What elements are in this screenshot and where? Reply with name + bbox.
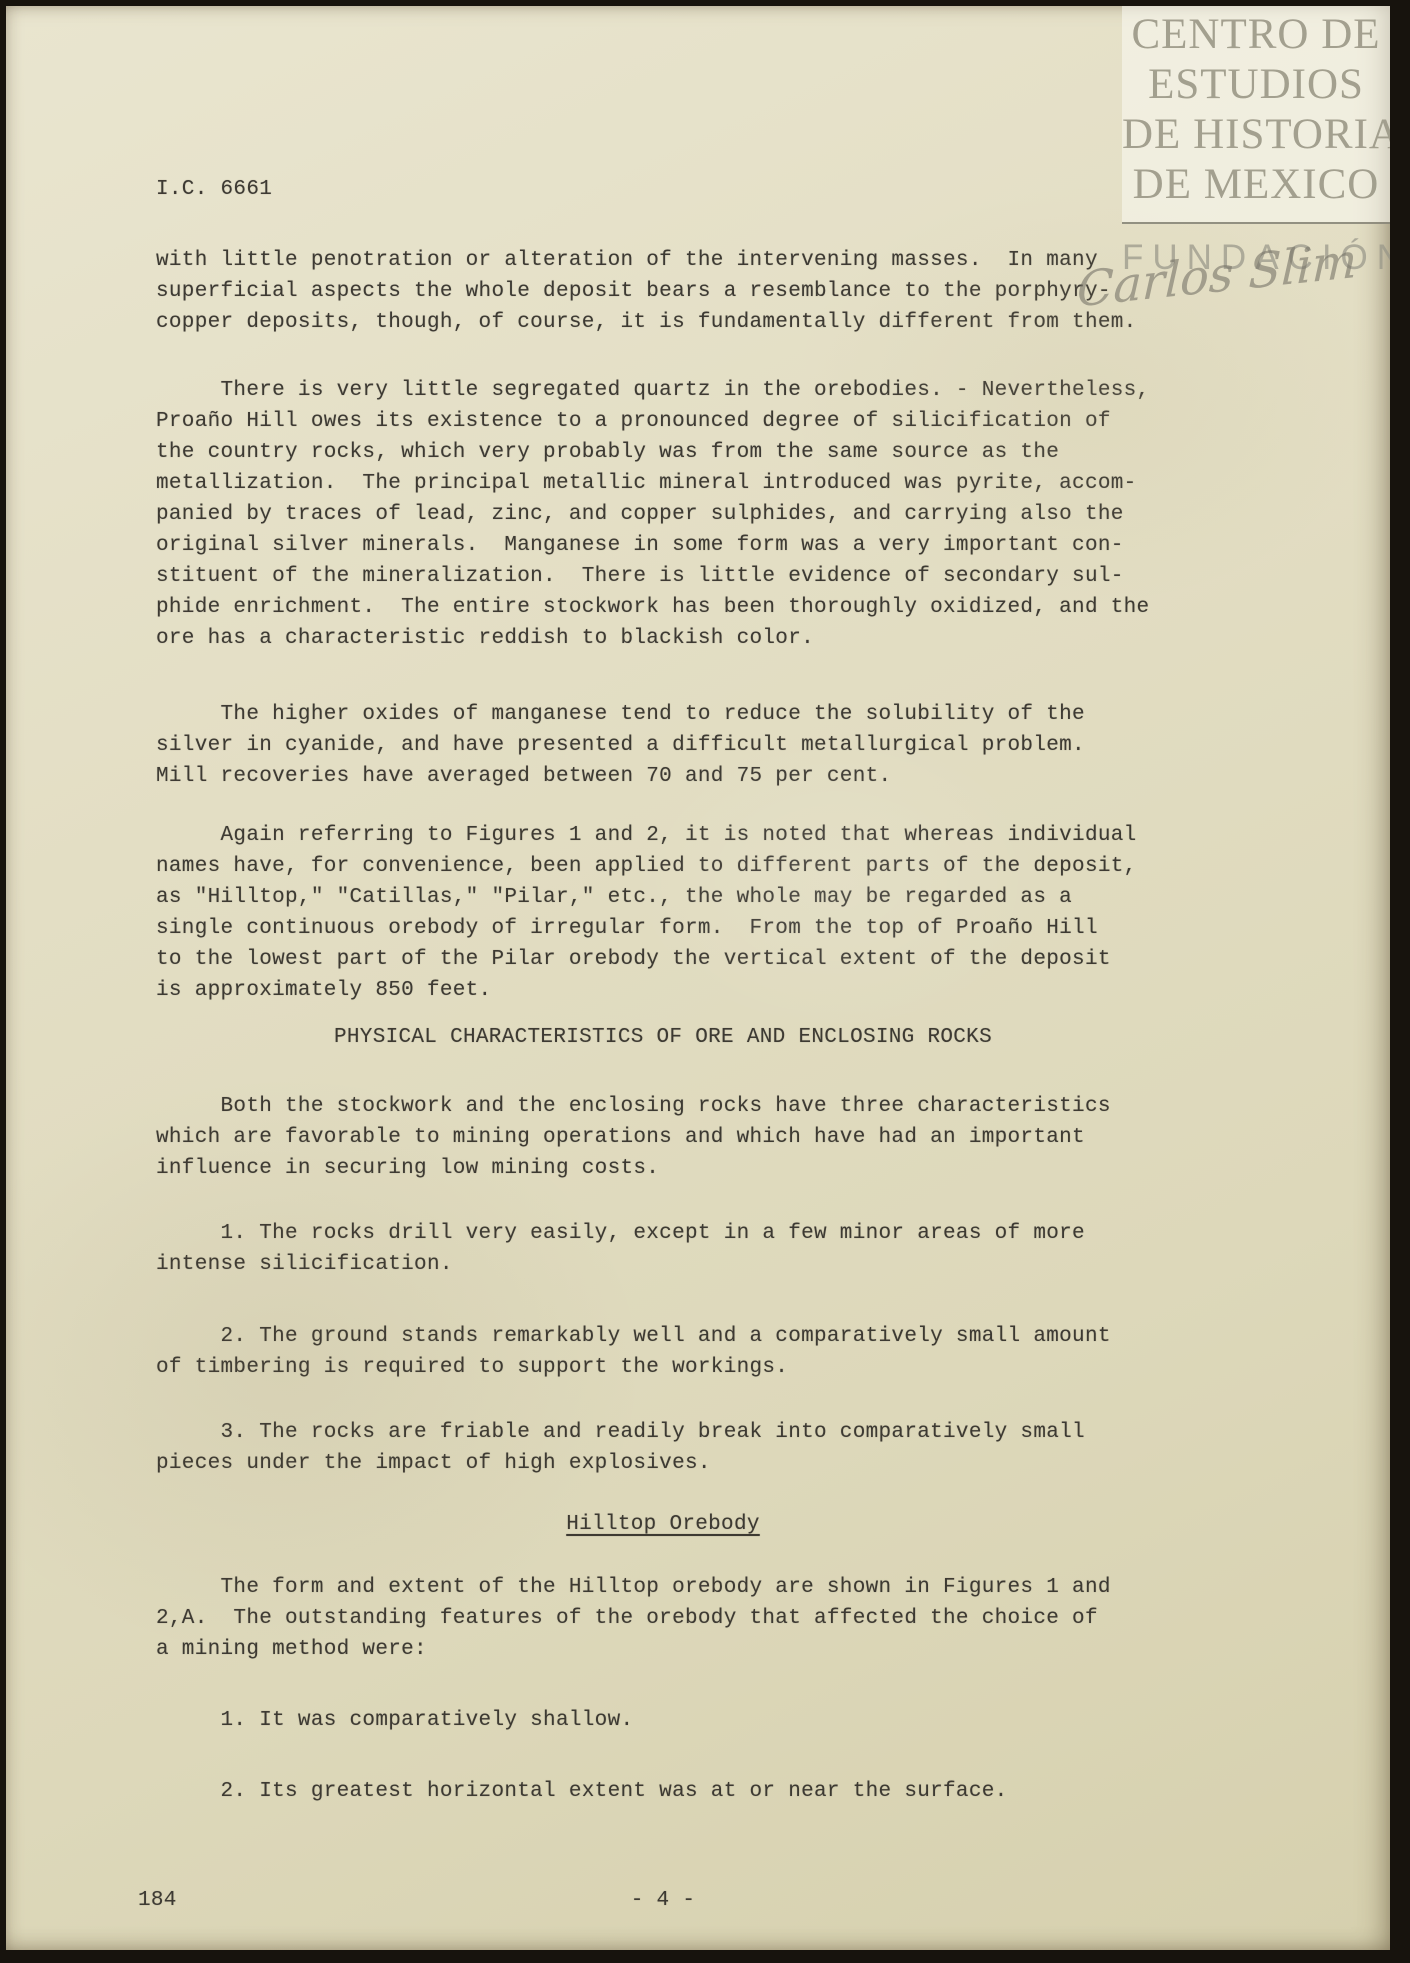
paragraph: 1. It was comparatively shallow. <box>156 1705 1170 1736</box>
text-line: Both the stockwork and the enclosing roc… <box>156 1091 1170 1122</box>
text-line: with little penotration or alteration of… <box>156 245 1170 276</box>
doc-id: I.C. 6661 <box>156 178 272 201</box>
paragraph: Again referring to Figures 1 and 2, it i… <box>156 820 1170 1006</box>
text-line: ore has a characteristic reddish to blac… <box>156 623 1170 654</box>
text-line: the country rocks, which very probably w… <box>156 437 1170 468</box>
text-line: Proaño Hill owes its existence to a pron… <box>156 406 1170 437</box>
text-line: silver in cyanide, and have presented a … <box>156 730 1170 761</box>
text-line: The higher oxides of manganese tend to r… <box>156 699 1170 730</box>
paragraph: 2. The ground stands remarkably well and… <box>156 1321 1170 1383</box>
text-line: panied by traces of lead, zinc, and copp… <box>156 499 1170 530</box>
section-subheading: Hilltop Orebody <box>156 1509 1170 1540</box>
text-line: influence in securing low mining costs. <box>156 1153 1170 1184</box>
text-line: to the lowest part of the Pilar orebody … <box>156 944 1170 975</box>
paragraph: Both the stockwork and the enclosing roc… <box>156 1091 1170 1184</box>
text-line: 2. The ground stands remarkably well and… <box>156 1321 1170 1352</box>
paragraph: 1. The rocks drill very easily, except i… <box>156 1218 1170 1280</box>
text-line: of timbering is required to support the … <box>156 1352 1170 1383</box>
text-column: with little penotration or alteration of… <box>156 245 1170 1807</box>
section-heading: PHYSICAL CHARACTERISTICS OF ORE AND ENCL… <box>156 1022 1170 1053</box>
text-line: The form and extent of the Hilltop orebo… <box>156 1572 1170 1603</box>
text-line: Hilltop Orebody <box>566 1509 760 1540</box>
text-line: phide enrichment. The entire stockwork h… <box>156 592 1170 623</box>
paper-sheet: I.C. 6661 with little penotration or alt… <box>6 6 1390 1950</box>
text-line: There is very little segregated quartz i… <box>156 375 1170 406</box>
text-line: names have, for convenience, been applie… <box>156 851 1170 882</box>
text-line: 1. The rocks drill very easily, except i… <box>156 1218 1170 1249</box>
text-line: is approximately 850 feet. <box>156 975 1170 1006</box>
text-line: Mill recoveries have averaged between 70… <box>156 761 1170 792</box>
text-line: intense silicification. <box>156 1249 1170 1280</box>
scanned-page: I.C. 6661 with little penotration or alt… <box>0 0 1410 1963</box>
paragraph: 2. Its greatest horizontal extent was at… <box>156 1776 1170 1807</box>
paragraph: with little penotration or alteration of… <box>156 245 1170 338</box>
text-line: pieces under the impact of high explosiv… <box>156 1448 1170 1479</box>
text-line: metallization. The principal metallic mi… <box>156 468 1170 499</box>
text-line: 1. It was comparatively shallow. <box>156 1705 1170 1736</box>
paragraph: The higher oxides of manganese tend to r… <box>156 699 1170 792</box>
text-line: Again referring to Figures 1 and 2, it i… <box>156 820 1170 851</box>
text-line: stituent of the mineralization. There is… <box>156 561 1170 592</box>
text-line: as "Hilltop," "Catillas," "Pilar," etc.,… <box>156 882 1170 913</box>
text-line: 2,A. The outstanding features of the ore… <box>156 1603 1170 1634</box>
page-footer: 184 - 4 - <box>156 1889 1170 1912</box>
text-line: 2. Its greatest horizontal extent was at… <box>156 1776 1170 1807</box>
paragraph: There is very little segregated quartz i… <box>156 375 1170 654</box>
document-page-number: - 4 - <box>156 1889 1170 1912</box>
text-line: a mining method were: <box>156 1634 1170 1665</box>
text-line: original silver minerals. Manganese in s… <box>156 530 1170 561</box>
paragraph: 3. The rocks are friable and readily bre… <box>156 1417 1170 1479</box>
text-line: copper deposits, though, of course, it i… <box>156 307 1170 338</box>
archive-page-number: 184 <box>138 1889 177 1912</box>
text-line: superficial aspects the whole deposit be… <box>156 276 1170 307</box>
text-line: 3. The rocks are friable and readily bre… <box>156 1417 1170 1448</box>
text-line: which are favorable to mining operations… <box>156 1122 1170 1153</box>
paragraph: The form and extent of the Hilltop orebo… <box>156 1572 1170 1665</box>
text-line: single continuous orebody of irregular f… <box>156 913 1170 944</box>
text-line: PHYSICAL CHARACTERISTICS OF ORE AND ENCL… <box>156 1022 1170 1053</box>
